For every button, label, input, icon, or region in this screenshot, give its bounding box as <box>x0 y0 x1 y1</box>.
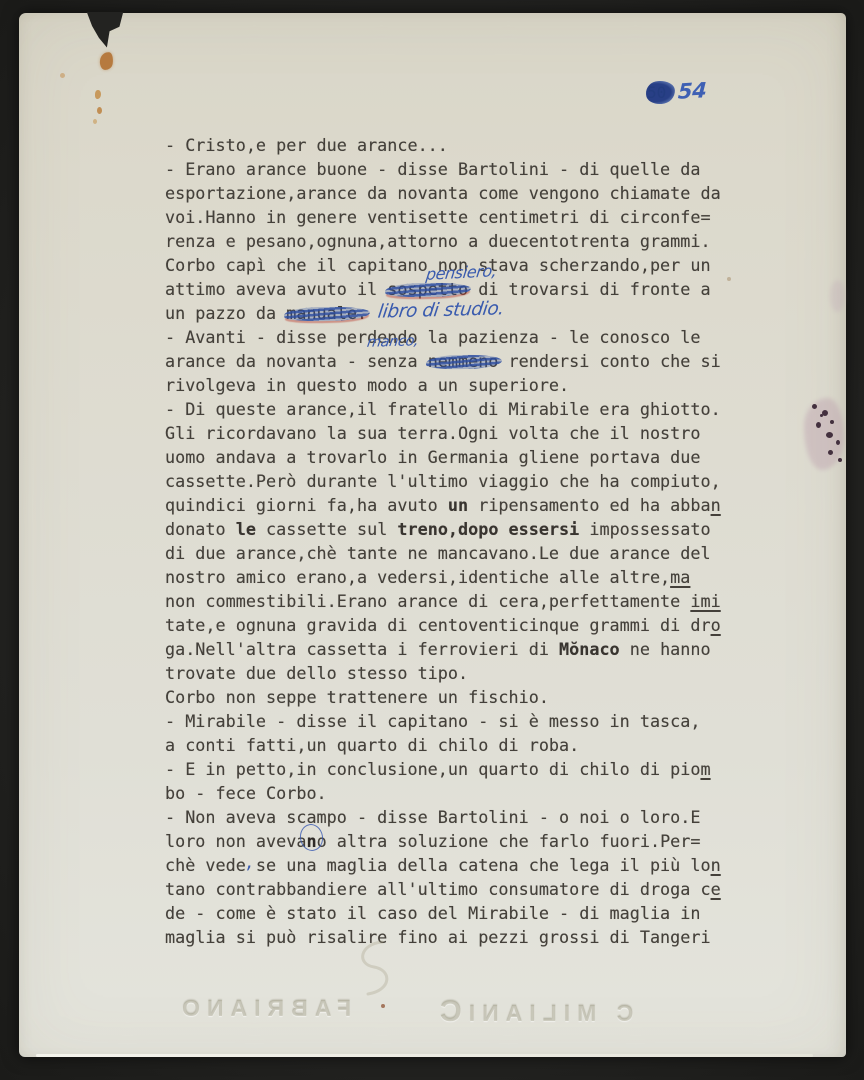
typed-segment: uomo andava a trovarlo in Germania glien… <box>165 445 700 469</box>
typed-segment: m <box>700 757 710 781</box>
typed-segment: n <box>306 829 316 853</box>
typed-segment: renza e pesano,ognuna,attorno a duecento… <box>165 229 711 253</box>
typed-segment: a conti fatti,un quarto di chilo di roba… <box>165 733 579 757</box>
typed-segment: un pazzo da <box>165 301 286 325</box>
handwritten-correction-manco: manco, <box>366 333 419 351</box>
typed-segment: donato <box>165 517 236 541</box>
handwritten-correction-pensiero: pensiero, <box>425 261 498 284</box>
typed-segment: rivolgeva in questo modo a un superiore. <box>165 373 569 397</box>
typed-line: - E in petto,in conclusione,un quarto di… <box>165 757 765 781</box>
scanned-typescript-page: 50 54 - Cristo,e per due arance...- Eran… <box>0 0 864 1080</box>
torn-notch <box>86 12 124 49</box>
typed-line: ga.Nell'altra cassetta i ferrovieri di M… <box>165 637 765 661</box>
watermark-fabriano: FABRIANO <box>175 995 351 1022</box>
rust-speck <box>60 73 65 78</box>
typed-line: non commestibili.Erano arance di cera,pe… <box>165 589 765 613</box>
purple-smudge <box>830 280 845 312</box>
typed-segment: cassette.Però durante l'ultimo viaggio c… <box>165 469 721 493</box>
typed-line: esportazione,arance da novanta come veng… <box>165 181 765 205</box>
rust-speck <box>95 90 101 99</box>
typed-segment: le <box>236 517 256 541</box>
typed-line: nostro amico erano,a vedersi,identiche a… <box>165 565 765 589</box>
typed-segment: ripensamento ed ha abba <box>468 493 710 517</box>
typed-segment: o altra soluzione che farlo fuori.Per= <box>317 829 701 853</box>
paper-sheet: 50 54 - Cristo,e per due arance...- Eran… <box>19 13 846 1057</box>
typed-line: loro non avevano altra soluzione che far… <box>165 829 765 853</box>
typed-line: cassette.Però durante l'ultimo viaggio c… <box>165 469 765 493</box>
typed-segment: de - come è stato il caso del Mirabile -… <box>165 901 700 925</box>
typed-line: di due arance,chè tante ne mancavano.Le … <box>165 541 765 565</box>
typed-line: - Avanti - disse perdendo la pazienza - … <box>165 325 765 349</box>
typed-segment: tate,e ognuna gravida di centoventicinqu… <box>165 613 711 637</box>
typed-segment: quindici giorni fa,ha avuto <box>165 493 448 517</box>
typed-segment: non commestibili.Erano arance di cera,pe… <box>165 589 690 613</box>
typed-segment: esportazione,arance da novanta come veng… <box>165 181 721 205</box>
typed-segment: attimo aveva avuto il <box>165 277 387 301</box>
typed-text: - Cristo,e per due arance...- Erano aran… <box>165 133 765 949</box>
typed-segment: Mŏnaco <box>559 637 620 661</box>
typed-segment: ma <box>670 565 690 589</box>
typed-segment: imi <box>690 589 720 613</box>
rust-stain <box>99 51 114 71</box>
typed-segment: - Avanti - disse perdendo la pazienza - … <box>165 325 700 349</box>
typed-segment: cassette sul <box>256 517 397 541</box>
typed-segment: - Non aveva scampo - disse Bartolini - o… <box>165 805 700 829</box>
page-number-old: 50 <box>647 83 666 102</box>
typed-segment: trovate due dello stesso tipo. <box>165 661 468 685</box>
typed-line: de - come è stato il caso del Mirabile -… <box>165 901 765 925</box>
typed-line: - Di queste arance,il fratello di Mirabi… <box>165 397 765 421</box>
mold-stain-cluster <box>798 396 848 476</box>
typed-segment: treno,dopo essersi <box>397 517 579 541</box>
watermark-c-mark: C <box>438 995 462 1028</box>
typed-segment: nostro amico erano,a vedersi,identiche a… <box>165 565 670 589</box>
typed-line: trovate due dello stesso tipo. <box>165 661 765 685</box>
typed-line: uomo andava a trovarlo in Germania glien… <box>165 445 765 469</box>
typed-line: renza e pesano,ognuna,attorno a duecento… <box>165 229 765 253</box>
typed-segment: tano contrabbandiere all'ultimo consumat… <box>165 877 711 901</box>
typed-segment: voi.Hanno in genere ventisette centimetr… <box>165 205 711 229</box>
handwritten-correction-libro-di-studio: libro di studio. <box>377 298 506 322</box>
typed-line: quindici giorni fa,ha avuto un ripensame… <box>165 493 765 517</box>
typed-segment: - Erano arance buone - disse Bartolini -… <box>165 157 700 181</box>
typed-segment: maglia si può risalire fino ai pezzi gro… <box>165 925 711 949</box>
typed-line: tate,e ognuna gravida di centoventicinqu… <box>165 613 765 637</box>
typed-segment: loro non aveva <box>165 829 306 853</box>
struck-word: nemmeno <box>428 349 499 373</box>
typed-line: - Erano arance buone - disse Bartolini -… <box>165 157 765 181</box>
page-number-old-scribbled: 50 <box>647 83 674 102</box>
typed-line: tano contrabbandiere all'ultimo consumat… <box>165 877 765 901</box>
typed-segment: rendersi conto che si <box>498 349 720 373</box>
typed-line: rivolgeva in questo modo a un superiore. <box>165 373 765 397</box>
typed-line: - Cristo,e per due arance... <box>165 133 765 157</box>
typed-segment: ne hanno <box>620 637 711 661</box>
typed-line: a conti fatti,un quarto di chilo di roba… <box>165 733 765 757</box>
typed-segment: impossessato <box>579 517 710 541</box>
typed-segment: di due arance,chè tante ne mancavano.Le … <box>165 541 711 565</box>
rust-speck <box>97 107 102 114</box>
typed-segment: - Di queste arance,il fratello di Mirabi… <box>165 397 721 421</box>
watermark-flourish <box>348 938 400 998</box>
typed-segment: Corbo non seppe trattenere un fischio. <box>165 685 549 709</box>
typed-line: Corbo non seppe trattenere un fischio. <box>165 685 765 709</box>
typed-segment: n <box>711 493 721 517</box>
page-number-handwritten: 54 <box>677 78 707 104</box>
typed-line: bo - fece Corbo. <box>165 781 765 805</box>
typed-line: chè vede se una maglia della catena che … <box>165 853 765 877</box>
typed-line: Gli ricordavano la sua terra.Ogni volta … <box>165 421 765 445</box>
typed-segment: - Cristo,e per due arance... <box>165 133 448 157</box>
typed-line: - Non aveva scampo - disse Bartolini - o… <box>165 805 765 829</box>
typed-line: - Mirabile - disse il capitano - si è me… <box>165 709 765 733</box>
typed-segment: e <box>711 877 721 901</box>
watermark-miliani: C MILIANIC <box>438 995 633 1029</box>
typed-line: voi.Hanno in genere ventisette centimetr… <box>165 205 765 229</box>
typed-segment: Gli ricordavano la sua terra.Ogni volta … <box>165 421 700 445</box>
rust-speck <box>93 119 97 124</box>
typed-line: donato le cassette sul treno,dopo essers… <box>165 517 765 541</box>
typed-line: maglia si può risalire fino ai pezzi gro… <box>165 925 765 949</box>
typed-line: arance da novanta - senza nemmeno render… <box>165 349 765 373</box>
typed-segment: - E in petto,in conclusione,un quarto di… <box>165 757 700 781</box>
typed-segment: n <box>711 853 721 877</box>
brown-speck <box>381 1004 385 1008</box>
typed-segment: bo - fece Corbo. <box>165 781 327 805</box>
typed-segment: ga.Nell'altra cassetta i ferrovieri di <box>165 637 559 661</box>
typed-segment: o <box>711 613 721 637</box>
typed-segment: - Mirabile - disse il capitano - si è me… <box>165 709 700 733</box>
typed-segment: arance da novanta - senza <box>165 349 428 373</box>
typed-segment: un <box>448 493 468 517</box>
struck-word: manuale. <box>286 301 367 325</box>
